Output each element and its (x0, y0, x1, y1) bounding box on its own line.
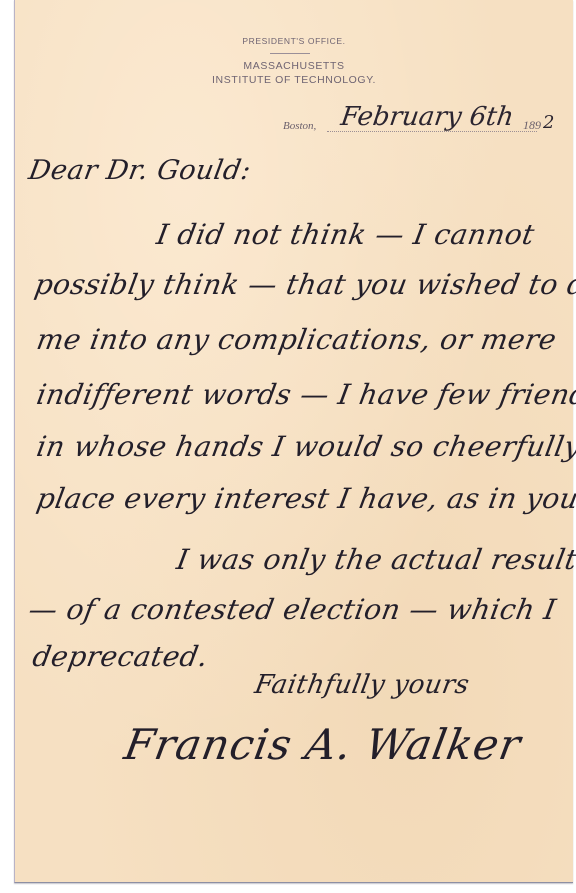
body-line: in whose hands I would so cheerfully (34, 430, 576, 463)
salutation: Dear Dr. Gould: (26, 155, 253, 186)
signature: Francis A. Walker (121, 720, 525, 769)
printed-city: Boston, (283, 120, 316, 132)
body-line: — of a contested election — which I (26, 593, 559, 626)
handwritten-date: February 6th (339, 102, 516, 132)
body-line: possibly think — that you wished to draw (32, 268, 576, 301)
letterhead-institution-line2: INSTITUTE OF TECHNOLOGY. (15, 74, 573, 86)
body-line: deprecated. (30, 640, 211, 673)
closing: Faithfully yours (252, 670, 471, 700)
letterhead-office: PRESIDENT'S OFFICE. (15, 36, 573, 46)
dateline: Boston, February 6th 189 2 (283, 108, 573, 138)
letterhead-divider (270, 53, 310, 54)
body-line: I was only the actual result — (174, 543, 576, 576)
body-line: me into any complications, or mere (34, 323, 559, 356)
body-line: indifferent words — I have few friends (34, 378, 576, 411)
body-line: place every interest I have, as in yours… (34, 482, 576, 515)
printed-year-prefix: 189 (523, 118, 541, 133)
handwritten-year-suffix: 2 (543, 112, 554, 133)
body-line: I did not think — I cannot (154, 218, 537, 251)
letter-page: PRESIDENT'S OFFICE. MASSACHUSETTS INSTIT… (14, 0, 573, 883)
letterhead-institution-line1: MASSACHUSETTS (15, 60, 573, 72)
